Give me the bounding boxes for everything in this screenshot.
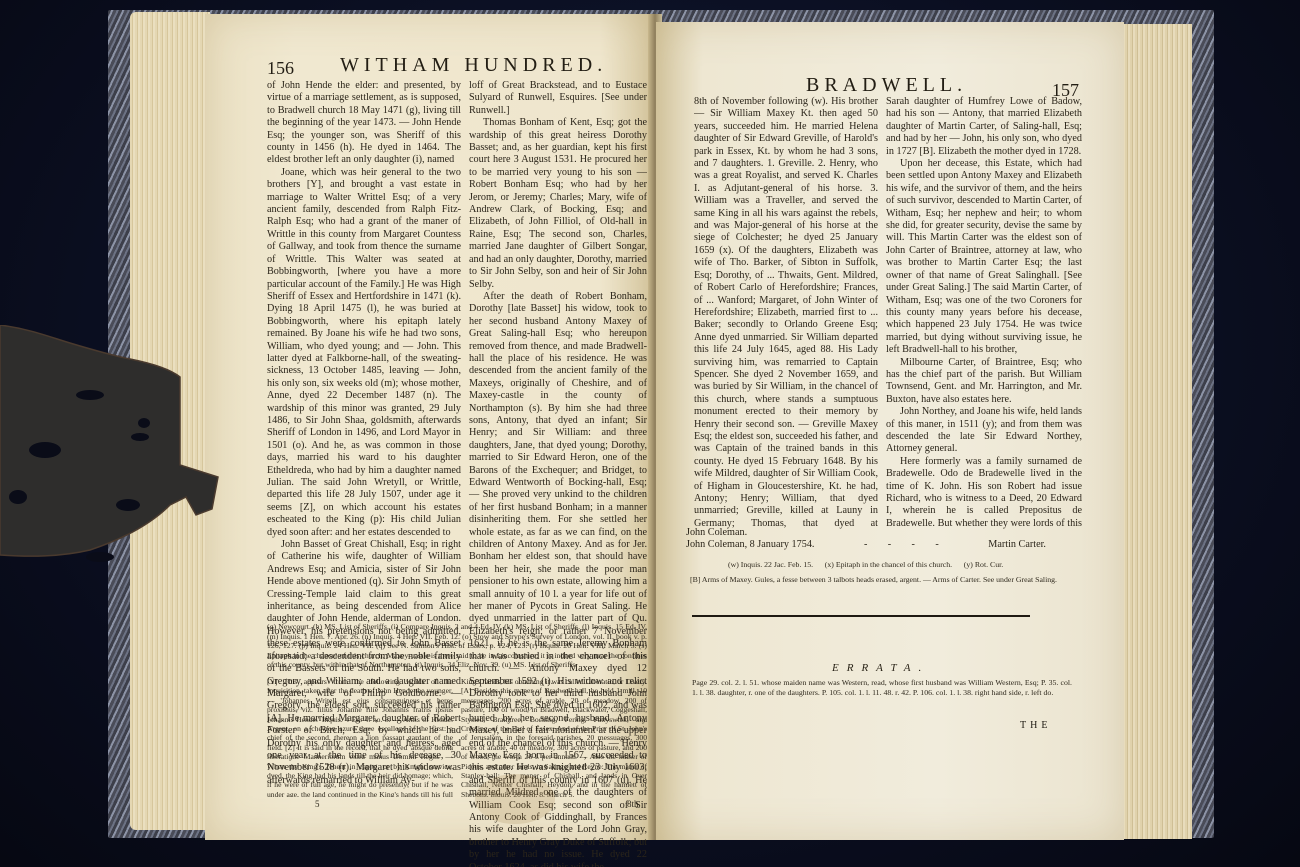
patron-row: John Coleman.: [686, 527, 1046, 539]
errata-text: Page 29. col. 2. l. 51. whose maiden nam…: [692, 678, 1072, 697]
paragraph: Sarah daughter of Humfrey Lowe of Badow,…: [886, 96, 1082, 158]
catchword: 8th: [627, 800, 639, 810]
patron-name: Martin Carter.: [988, 539, 1046, 551]
patron-entry: John Coleman, 8 January 1754.: [686, 539, 814, 551]
paragraph: Upon her decease, this Estate, which had…: [886, 158, 1082, 357]
errata-title: ERRATA.: [832, 662, 929, 674]
right-page-edges: [1120, 24, 1192, 839]
note-column-1: [Y] This appears from the following word…: [267, 677, 453, 797]
footnotes: (g) Newcourt. (h) MS. List of Sheriffs. …: [267, 622, 647, 674]
paragraph: Here formerly was a family surnamed de B…: [886, 456, 1082, 530]
running-head: BRADWELL.: [806, 74, 967, 97]
left-page: 156 WITHAM HUNDRED. of John Hende the el…: [205, 14, 653, 840]
page-number: 156: [267, 58, 294, 79]
patron-dashes: - - - -: [864, 539, 939, 551]
paragraph: loff of Great Brackstead, and to Eustace…: [469, 80, 647, 117]
paragraph: of John Hende the elder: and presented, …: [267, 80, 461, 167]
right-page: BRADWELL. 157 8th of November following …: [656, 22, 1124, 840]
arms-note: [B] Arms of Maxey. Gules, a fesse betwee…: [690, 575, 1070, 585]
text-column-1: 8th of November following (w). His broth…: [694, 96, 878, 530]
paragraph: Joane, which was heir general to the two…: [267, 167, 461, 539]
running-head: WITHAM HUNDRED.: [340, 54, 607, 77]
patron-row: John Coleman, 8 January 1754. - - - - Ma…: [686, 539, 1046, 551]
section-rule: [692, 615, 1030, 617]
paragraph: Milbourne Carter, of Braintree, Esq; who…: [886, 357, 1082, 407]
catchword: THE: [1020, 720, 1051, 731]
paragraph: John Northey, and Joane his wife, held l…: [886, 406, 1082, 456]
signature-mark: 5: [315, 800, 320, 810]
paper-stain: [475, 774, 555, 824]
patrons-list: John Coleman. John Coleman, 8 January 17…: [686, 527, 1046, 552]
paragraph: 8th of November following (w). His broth…: [694, 96, 878, 530]
text-column-2: Sarah daughter of Humfrey Lowe of Badow,…: [886, 96, 1082, 530]
footnotes: (w) Inquis. 22 Jac. Feb. 15. (x) Epitaph…: [728, 560, 1058, 570]
metal-clasp: [0, 325, 220, 565]
paragraph: Thomas Bonham of Kent, Esq; got the ward…: [469, 117, 647, 291]
